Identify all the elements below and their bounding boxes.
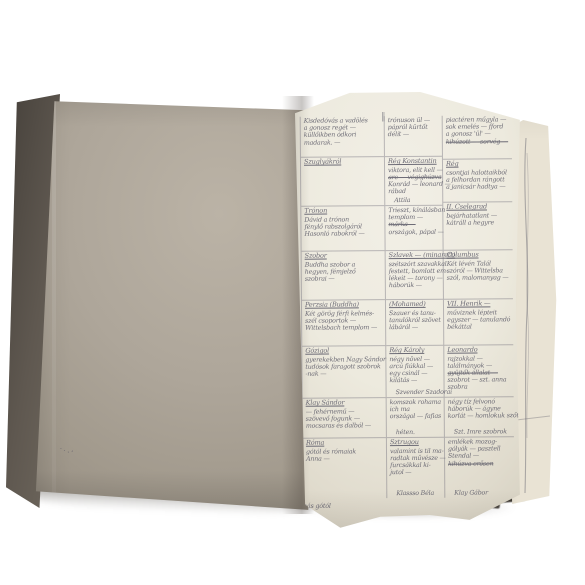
note-cell-header: Rég Konstantin (388, 158, 440, 166)
notes-column-1: Kisdedóvás a vadölésa gonosz regét —küll… (300, 116, 387, 499)
note-cell-header: Leonardo (447, 346, 511, 354)
note-cell: Kisdedóvás a vadölésa gonosz regét —küll… (301, 116, 384, 158)
page-crease (52, 98, 56, 512)
note-cell-header: Szlavek — (minarett) (389, 252, 441, 260)
note-line: szól, malomanyag — (447, 274, 511, 282)
note-footer: Szvender Szadorai (396, 389, 442, 397)
note-line: mocsaras és dalból — (306, 422, 384, 430)
notes-column-2: trónuson ül —pápról kürtőtdélít —Rég Kon… (384, 116, 445, 498)
note-cell: piactéren műgyla —sok emelés — fforda go… (443, 115, 512, 159)
notes-grid: Kisdedóvás a vadölésa gonosz regét —küll… (300, 115, 515, 498)
note-cell-header: Klay Sándor (306, 399, 384, 407)
note-footer: Klay Gábor (454, 489, 512, 497)
note-footer: Szt. Imre szobrok (454, 428, 512, 436)
note-line: kihúzva erősen (448, 460, 512, 468)
note-footer: Attila (394, 197, 440, 205)
left-page-blank: · . ˛ , (26, 98, 310, 512)
note-line: rábad (388, 188, 440, 196)
note-line: szobrai — (305, 275, 383, 283)
note-cell: Klay Sándor— fehérnemű —szövevő fogunk —… (303, 398, 386, 439)
note-cell: Rómagótól és rómaiakAnna — (303, 438, 386, 499)
right-page-notes: ‖ Kisdedóvás a vadölésa gonosz regét —kü… (291, 88, 526, 530)
note-cell: ColumbusKét lévén Találszóról — Wittelsb… (444, 250, 513, 299)
note-cell-header: VII. Henrik — (447, 300, 511, 308)
note-line: Anna — (306, 455, 384, 463)
note-line: országok, pápal — (388, 228, 440, 236)
note-cell: Perzsia (Buddha)Két görög férfi kelmés-s… (302, 300, 385, 347)
photo-canvas: · . ˛ , ‖ Kisdedóvás a vadölésa gonosz r… (0, 0, 585, 585)
note-line: békáttal (447, 323, 511, 331)
note-cell: Leonardorajzokkal —találmányok —gyüjtők … (444, 345, 513, 397)
note-cell: SzoborBuddha szobor ahegyen, fémjelzőszo… (302, 251, 385, 301)
note-line: Wittelsbach templom — (305, 324, 383, 332)
note-cell: II. Cselegradbejárhatatlant —kátráll a h… (443, 202, 512, 250)
note-line: madarak. — (304, 139, 382, 147)
note-footer: héten. (396, 429, 442, 437)
note-cell: négy tíz felvonóháborúk — ágynekorlát — … (445, 397, 514, 437)
note-cell-header: (Mohamed) (389, 301, 441, 309)
note-cell: emlékek mozog-gólyák — pasztellStendal —… (445, 437, 514, 497)
note-cell: (Mohamed)Szauer és tanu-tanulókról szöve… (386, 300, 443, 346)
pencil-scribble-marks: · . ˛ , (60, 446, 180, 453)
note-cell: TrónonDávid a trónonfénylő rabszolgárólH… (301, 206, 384, 252)
note-cell: trónuson ül —pápról kürtőtdélít — (385, 116, 442, 157)
note-cell: Szlavek — (minarett)szétszórt szavakkalf… (386, 251, 443, 300)
note-cell-header: Rég (446, 160, 510, 168)
note-cell-header: Róma (306, 439, 384, 447)
note-line: lábáról — (389, 324, 441, 332)
note-cell: Sztrugouvalamint is til ma-radtak művész… (387, 438, 444, 498)
note-line: jutol — (390, 469, 442, 477)
note-cell-header: Szobor (305, 252, 383, 260)
note-cell-header: II. Cselegrad (446, 203, 510, 211)
open-notebook: · . ˛ , ‖ Kisdedóvás a vadölésa gonosz r… (0, 0, 585, 585)
note-cell-header: Gózigol (305, 347, 383, 355)
note-cell: Szuglyákról (301, 157, 384, 207)
note-line: kihúzott — sorvég — (446, 138, 510, 146)
note-cell: komszok rohamaich maországol — fafiashét… (387, 398, 444, 438)
note-line: kilátás — (389, 377, 441, 385)
note-line: kátráll a hegyre (446, 219, 510, 227)
note-line: korlát — homlokuk szőtte (448, 413, 512, 421)
note-cell-header: Perzsia (Buddha) (305, 301, 383, 309)
note-line: délít — (388, 131, 440, 139)
note-cell: Régcsontjai halottaikbóla felhordan ráng… (443, 159, 512, 202)
notes-column-3: piactéren műgyla —sok emelés — fforda go… (442, 115, 515, 497)
note-cell: VII. Henrik —műviznek lépteitegyszer — t… (444, 299, 513, 345)
note-line: Hasonló rabokról — (304, 230, 382, 238)
note-line: -nak — (305, 370, 383, 378)
note-cell-header: Columbus (447, 251, 511, 259)
note-cell: Rég Károlynégy növel —arcú fiúkkal —egy … (386, 346, 443, 398)
note-line: országol — fafias (390, 413, 442, 421)
note-footer: Klassso Béla (396, 490, 442, 498)
note-cell-header: Trónon (304, 207, 382, 215)
note-cell: Trieszt, kínálásbantemplom —márka —orszá… (385, 206, 442, 251)
note-cell-header: Rég Károly (389, 347, 441, 355)
note-cell: Rég Konstantinviktora, elit kell —arc — … (385, 157, 442, 206)
note-cell: Gózigolgyerekekben Nagy Sándortudósok fa… (302, 346, 385, 399)
note-line: háborúk — (389, 282, 441, 290)
note-cell-header: Szuglyákról (304, 158, 382, 166)
note-line: a janicsár hadtya — (446, 183, 510, 191)
note-cell-header: Sztrugou (390, 439, 442, 447)
note-line: szobra (448, 384, 512, 392)
